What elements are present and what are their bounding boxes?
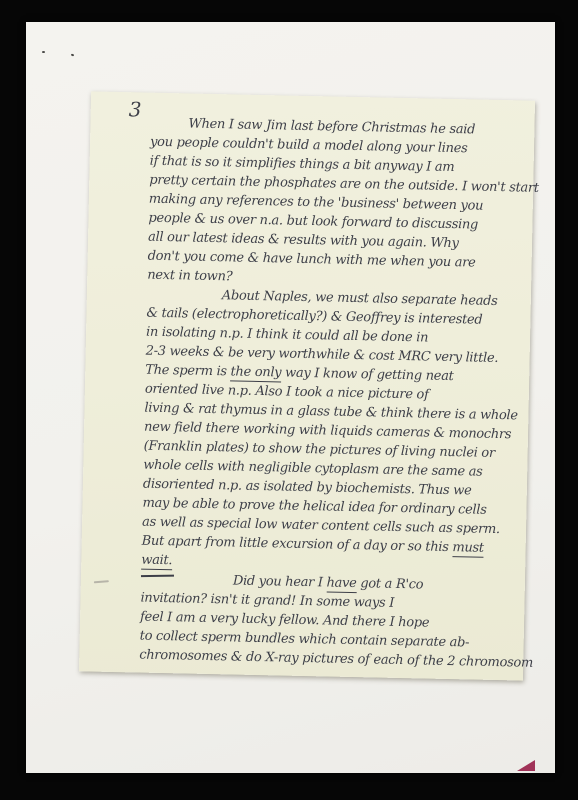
- underlined-text: must: [452, 540, 484, 558]
- handwritten-text: got a R'co: [356, 576, 423, 592]
- underlined-text: have: [326, 575, 356, 593]
- handwritten-text: The sperm is: [145, 363, 231, 380]
- corner-triangle: [517, 760, 535, 771]
- underlined-text: the only: [230, 364, 281, 382]
- handwritten-text: next in town?: [147, 268, 232, 285]
- dust-speck: [42, 51, 45, 53]
- mat-board: 3 When I saw Jim last before Christmas h…: [26, 22, 555, 773]
- dust-speck: [71, 54, 75, 57]
- pencil-mark: [94, 580, 109, 583]
- handwritten-text: Did you hear I: [233, 573, 327, 590]
- letter-page: 3 When I saw Jim last before Christmas h…: [79, 91, 535, 680]
- underlined-text: wait.: [141, 553, 172, 571]
- scan-background: 3 When I saw Jim last before Christmas h…: [0, 0, 578, 800]
- page-number: 3: [129, 97, 142, 121]
- handwritten-text: way I know of getting neat: [281, 365, 454, 384]
- letter-body: When I saw Jim last before Christmas he …: [139, 114, 528, 673]
